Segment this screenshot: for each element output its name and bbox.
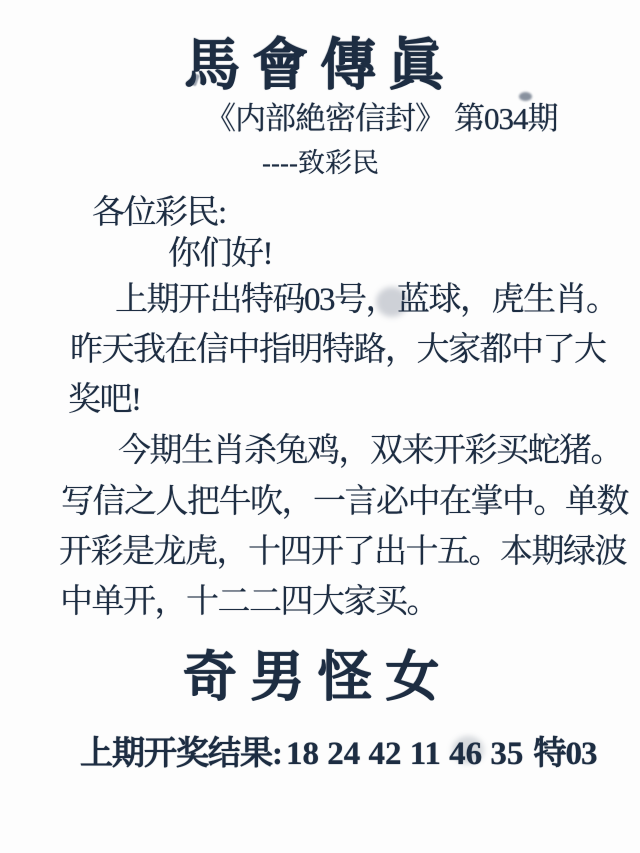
result-numbers: 18 24 42 11 46 35	[286, 736, 523, 772]
envelope-label: 《内部絶密信封》	[205, 101, 445, 136]
body-line: 昨天我在信中指明特路，大家都中了大	[70, 334, 606, 367]
result-label: 上期开奖结果:	[80, 736, 282, 772]
highlight-phrase: 奇 男 怪 女	[0, 650, 622, 704]
fax-page: 馬會傳眞 《内部絶密信封》第034期 ----致彩民 各位彩民: 你们好! 上期…	[0, 0, 640, 853]
body-line: 中单开，十二二四大家买。	[60, 586, 438, 619]
salutation: 各位彩民:	[92, 197, 226, 230]
special-number: 03	[565, 736, 596, 772]
body-line: 开彩是龙虎，十四开了出十五。本期绿波	[59, 536, 626, 569]
body-line: 奖吧!	[68, 384, 141, 417]
body-line: 上期开出特码03号，蓝球，虎生肖。	[115, 284, 618, 317]
result-line: 上期开奖结果:18 24 42 11 46 35特03	[80, 738, 596, 771]
body-line: 写信之人把牛吹，一言必中在掌中。单数	[61, 486, 628, 519]
body-line: 今期生肖杀兔鸡，双来开彩买蛇猪。	[118, 435, 622, 468]
issue-number: 第034期	[454, 101, 558, 136]
dedication-line: ----致彩民	[262, 150, 379, 177]
greeting-line: 你们好!	[168, 238, 272, 271]
special-number-prefix: 特	[533, 736, 565, 772]
page-title: 馬會傳眞	[0, 38, 640, 94]
issue-line: 《内部絶密信封》第034期	[205, 103, 558, 134]
